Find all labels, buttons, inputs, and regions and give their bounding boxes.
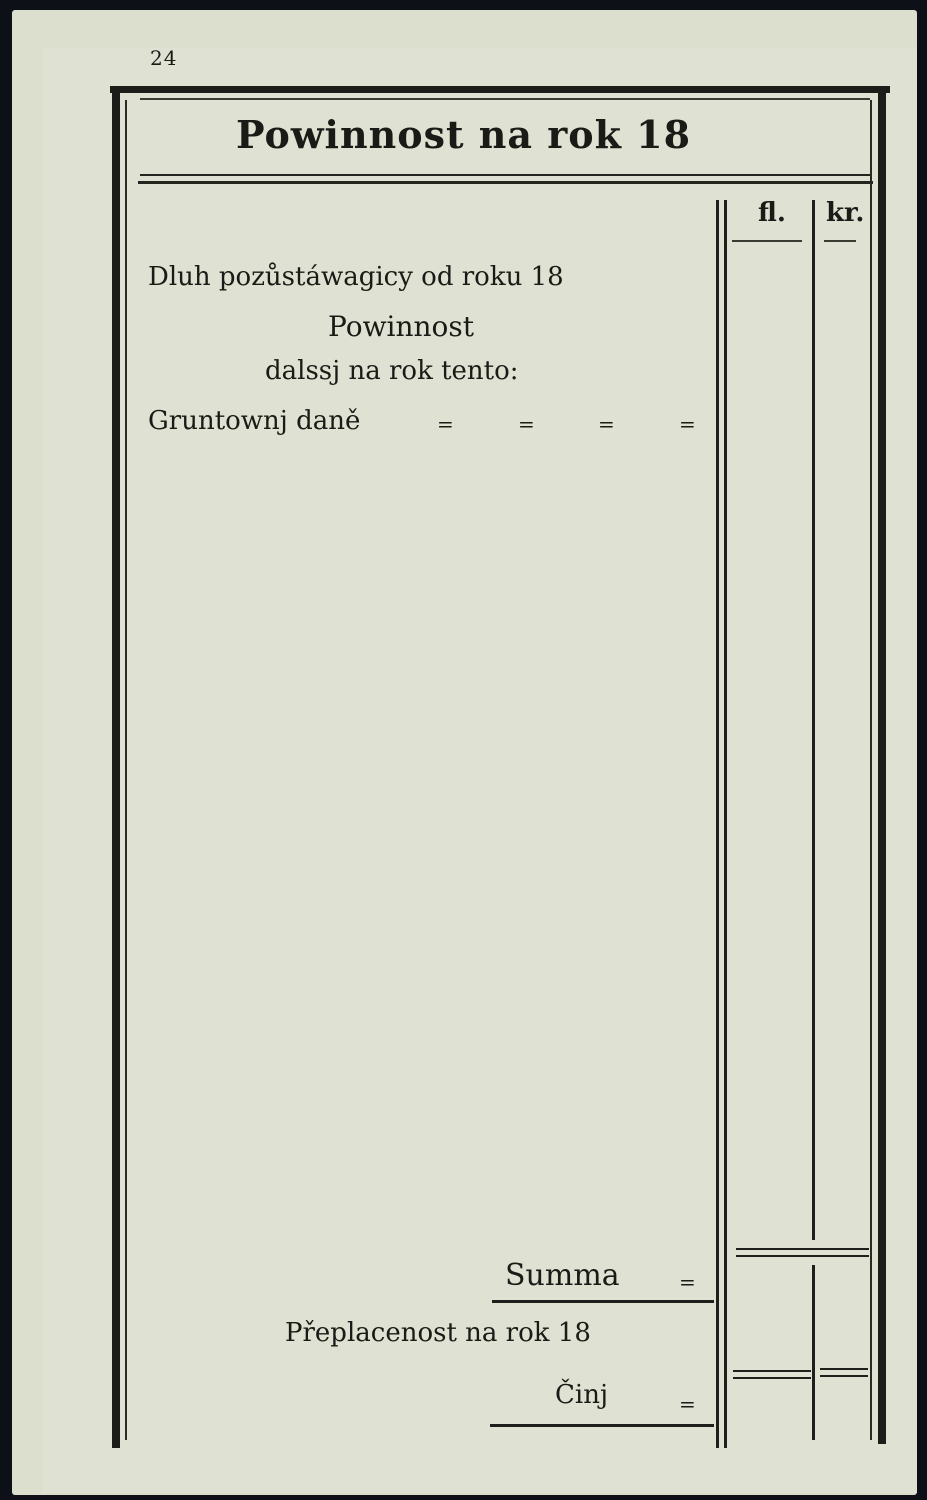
kr-header-underline (824, 240, 856, 242)
frame-right-inner-line (870, 100, 872, 1440)
frame-top-inner-line (140, 98, 870, 100)
row-powinnost-heading: Powinnost (328, 310, 474, 343)
filler-mark: = (598, 412, 615, 436)
row-land-tax: Gruntownj daně (148, 406, 360, 436)
page-title: Powinnost na rok 18 (0, 112, 927, 157)
cinj-label: Činj (555, 1380, 608, 1410)
cinj-double-rule-fl-top (733, 1370, 811, 1372)
amount-column-divider-left-double (724, 200, 727, 1448)
fl-kr-divider (812, 200, 815, 1240)
summa-double-rule-top (736, 1248, 869, 1250)
summa-double-rule-bottom (736, 1255, 869, 1257)
cinj-eq: = (679, 1392, 696, 1416)
filler-mark: = (437, 412, 454, 436)
summa-underline (492, 1300, 714, 1303)
column-header-fl: fl. (758, 198, 786, 228)
amount-column-divider-left (716, 200, 719, 1448)
overpayment-label: Přeplacenost na rok 18 (285, 1318, 591, 1348)
summa-eq: = (679, 1270, 696, 1294)
scanned-page (12, 10, 917, 1495)
row-further-this-year: dalssj na rok tento: (265, 356, 519, 386)
frame-top-border (110, 86, 890, 93)
title-rule-thin (140, 174, 870, 176)
cinj-double-rule-kr-top (820, 1368, 868, 1370)
row-previous-debt: Dluh pozůstáwagicy od roku 18 (148, 262, 564, 292)
fl-kr-divider-lower (812, 1265, 815, 1440)
cinj-underline (490, 1424, 714, 1427)
cinj-double-rule-fl-bottom (733, 1377, 811, 1379)
title-rule-thick (138, 181, 873, 184)
summa-label: Summa (505, 1258, 620, 1293)
filler-mark: = (679, 412, 696, 436)
cinj-double-rule-kr-bottom (820, 1375, 868, 1377)
frame-left-inner-line (125, 100, 127, 1440)
column-header-kr: kr. (826, 198, 864, 228)
fl-header-underline (732, 240, 802, 242)
filler-mark: = (518, 412, 535, 436)
frame-right-border (878, 88, 886, 1444)
frame-left-border (112, 88, 120, 1448)
page-number: 24 (150, 46, 177, 70)
